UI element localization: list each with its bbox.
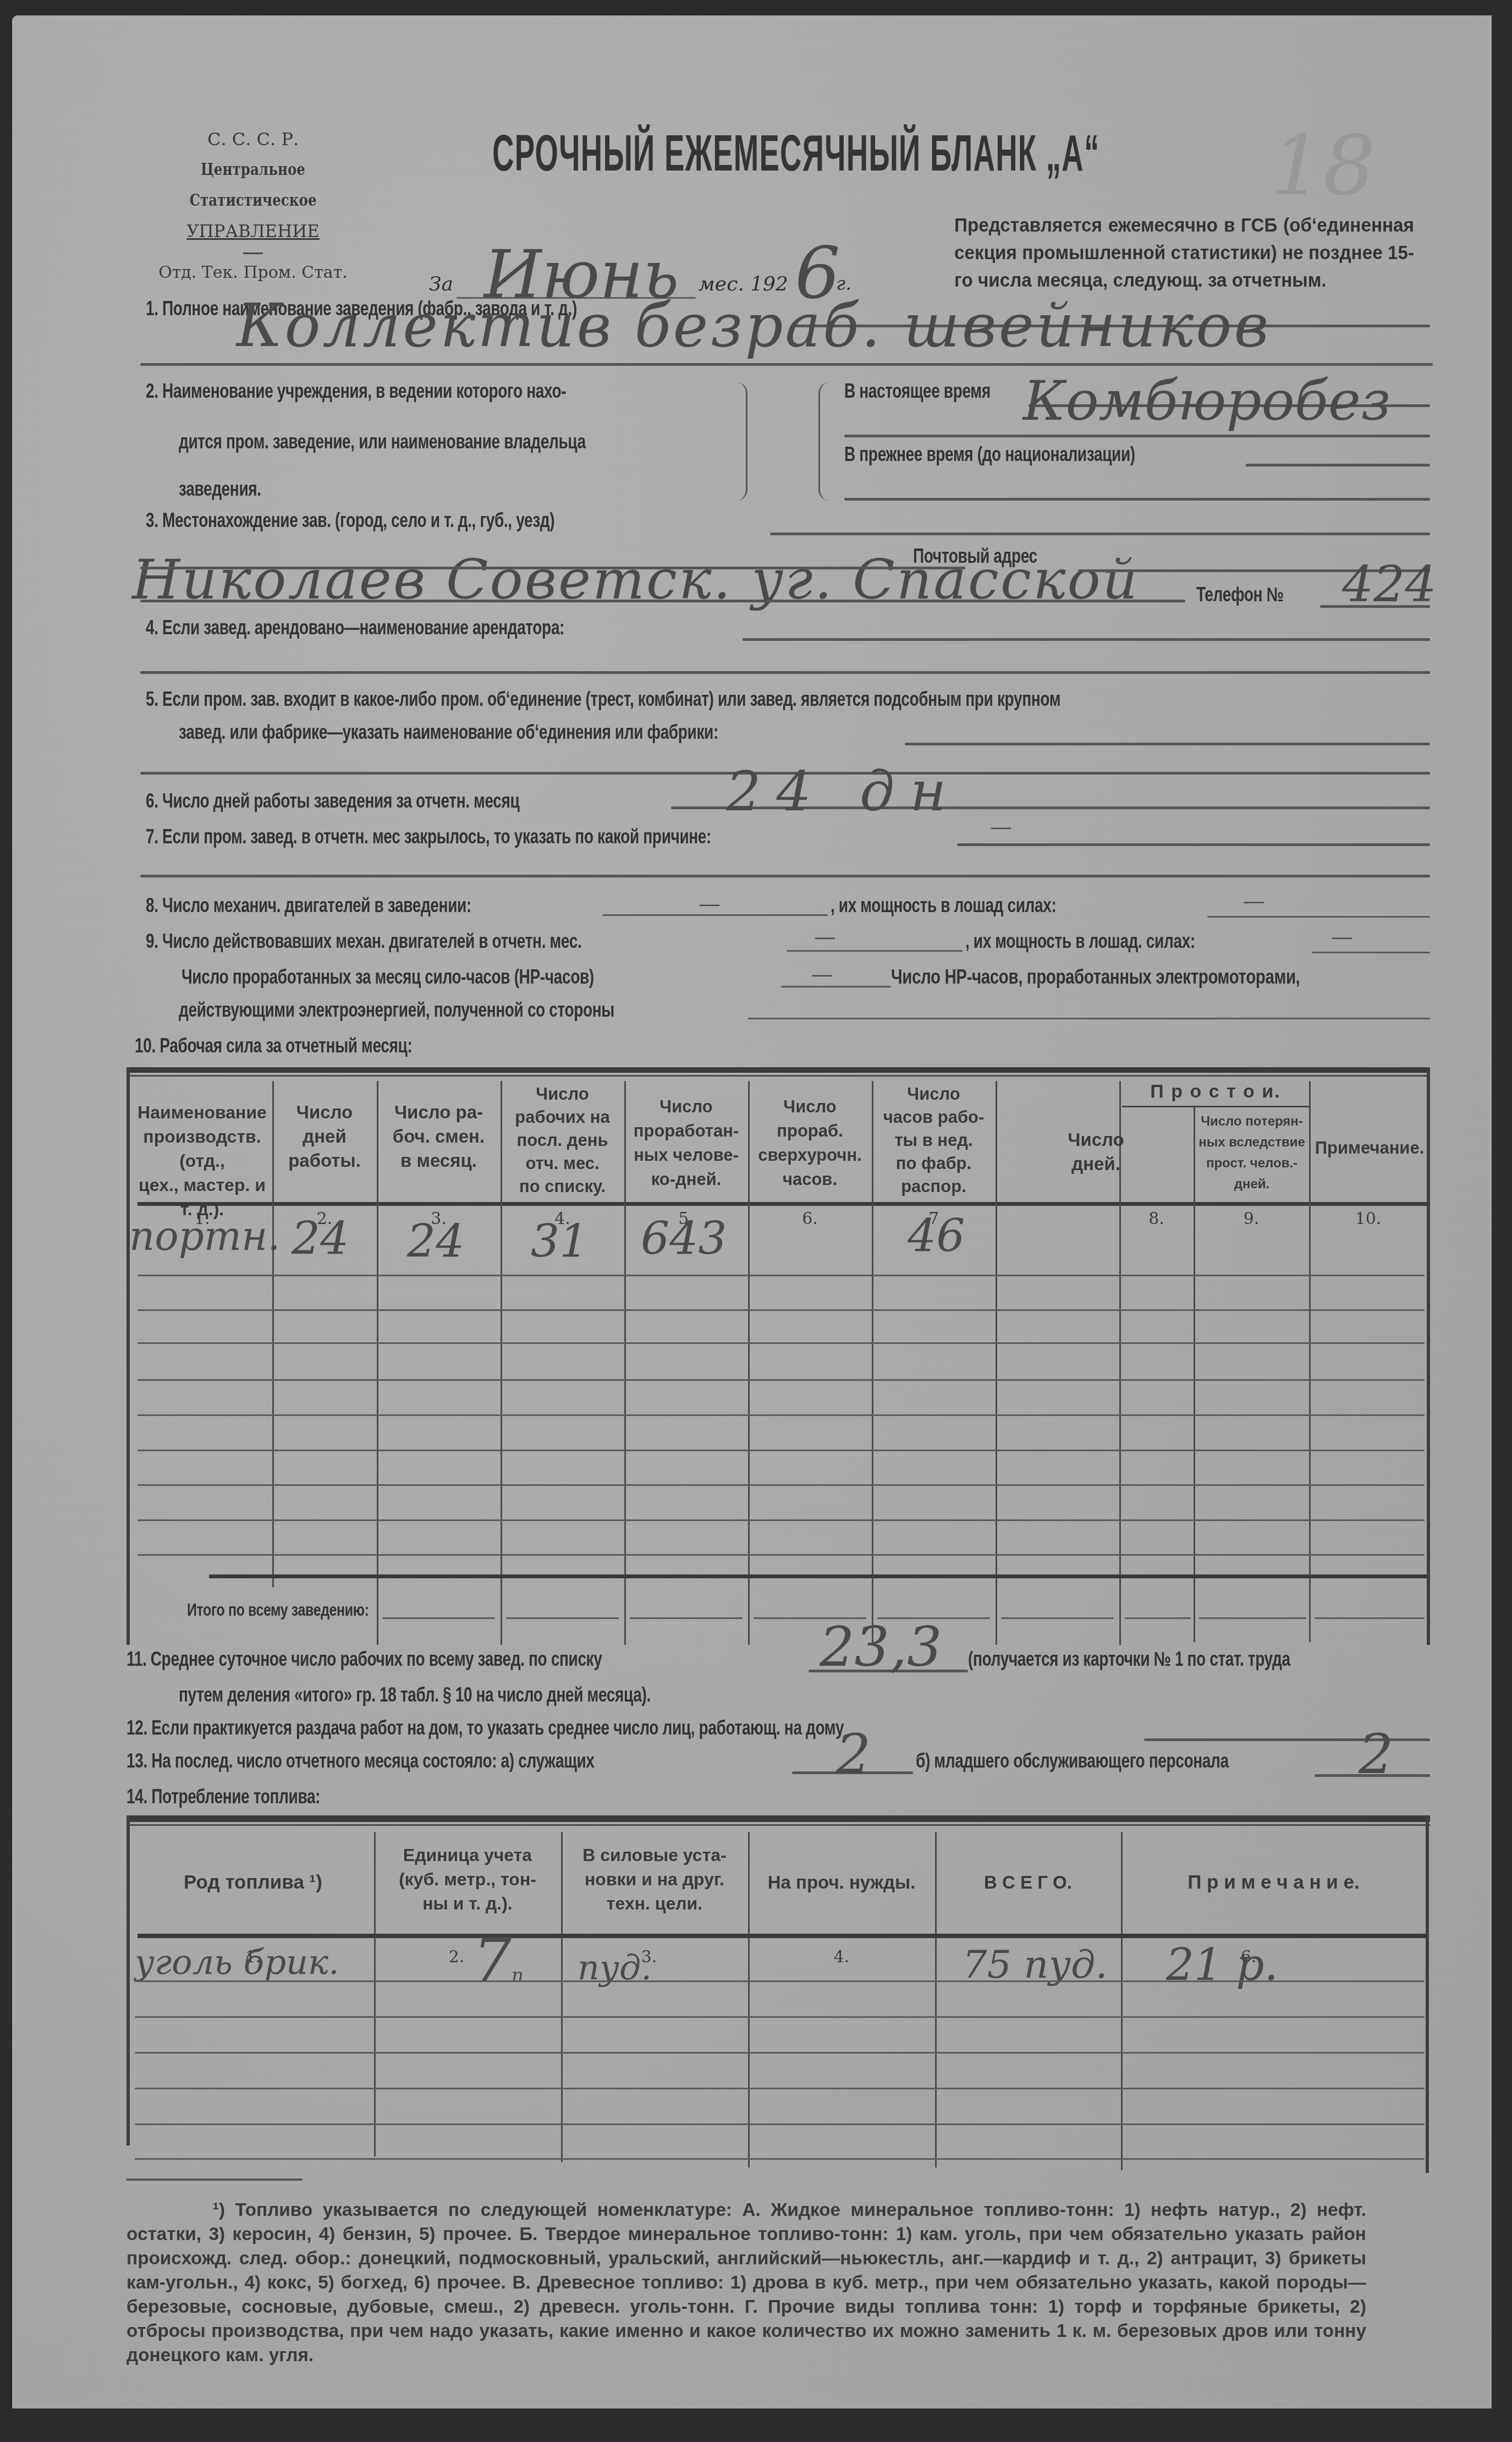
org-administration: УПРАВЛЕНИЕ bbox=[138, 216, 369, 247]
item8-power-label: , их мощность в лошад силах: bbox=[831, 894, 1056, 917]
item8-value: — bbox=[699, 891, 721, 917]
item7-value[interactable]: — bbox=[990, 814, 1012, 839]
wf-col-7-header: Число часов рабо- ты в нед. по фабр. рас… bbox=[872, 1083, 996, 1198]
item2-label-3: заведения. bbox=[179, 478, 261, 501]
org-block: С. С. С. Р. Центральное Статистическое У… bbox=[138, 124, 369, 284]
item3-phone-label: Телефон № bbox=[1196, 583, 1283, 606]
item9-power-label: , их мощность в лошад. силах: bbox=[965, 930, 1195, 953]
fuel-col-6-header: П р и м е ч а н и е. bbox=[1121, 1870, 1426, 1895]
wf-col-4-header: Число рабочих на посл. день отч. мес. по… bbox=[501, 1083, 624, 1198]
org-department: Отд. Тек. Пром. Стат. bbox=[138, 262, 369, 284]
item3-postal-label: Почтовый адрес bbox=[913, 545, 1037, 568]
fuel-row1-unit-mark: 7п bbox=[473, 1925, 524, 1996]
item11-value[interactable]: 23,3 bbox=[820, 1615, 942, 1679]
item13-label: 13. На послед. число отчетного месяца со… bbox=[127, 1749, 595, 1772]
wf-row1-col7[interactable]: 46 bbox=[908, 1210, 965, 1263]
footnote-divider bbox=[127, 2178, 303, 2181]
item5-field[interactable] bbox=[905, 743, 1430, 745]
wf-col-1-header: Наименование производств. (отд., цех., м… bbox=[132, 1100, 272, 1221]
item5-label-2: завед. или фабрике—указать наименование … bbox=[179, 721, 718, 744]
fuel-col-3-header: В силовые уста- новки и на друг. техн. ц… bbox=[561, 1843, 748, 1916]
item9-hp-field[interactable] bbox=[781, 986, 891, 987]
item8-power-field[interactable] bbox=[1207, 916, 1430, 918]
item12-label: 12. Если практикуется раздача работ на д… bbox=[127, 1716, 844, 1739]
item2-current-value[interactable]: Комбюробез bbox=[1023, 369, 1391, 433]
wf-row1-col4[interactable]: 31 bbox=[531, 1216, 588, 1268]
item2-label-2: дится пром. заведение, или наименование … bbox=[179, 430, 586, 453]
item2-brace-right bbox=[736, 382, 747, 501]
wf-total-label: Итого по всему заведению: bbox=[187, 1600, 369, 1620]
item9-electro-label-2: действующими электроэнергией, полученной… bbox=[179, 998, 614, 1022]
item9-hp-value: — bbox=[811, 962, 833, 987]
item6-value[interactable]: 24 дн bbox=[726, 759, 961, 824]
org-central-stat: Центральное Статистическое bbox=[158, 155, 348, 216]
wf-col-6-header: Число прораб. сверхурочн. часов. bbox=[748, 1095, 872, 1192]
fuel-col-1-header: Род топлива ¹) bbox=[132, 1870, 374, 1895]
wf-col-5-header: Число проработан- ных челове- ко-дней. bbox=[624, 1095, 748, 1192]
fuel-row1-type[interactable]: уголь брик. bbox=[135, 1942, 339, 1982]
item2-former-field[interactable] bbox=[1246, 464, 1430, 467]
org-divider bbox=[243, 253, 263, 254]
fuel-col-5-header: В С Е Г О. bbox=[935, 1870, 1121, 1895]
item10-label: 10. Рабочая сила за отчетный месяц: bbox=[135, 1034, 412, 1057]
item2-former-label: В прежнее время (до национализации) bbox=[844, 443, 1135, 466]
item13-value-a[interactable]: 2 bbox=[836, 1722, 871, 1786]
wf-col-2-header: Число дней работы. bbox=[272, 1100, 377, 1173]
wf-col-3-header: Число ра- боч. смен. в месяц. bbox=[377, 1100, 501, 1173]
item9-value: — bbox=[814, 924, 836, 950]
workforce-table: П р о с т о и. Наименование производств.… bbox=[127, 1067, 1436, 1645]
wf-row1-col1[interactable]: портн. bbox=[129, 1213, 280, 1259]
item2-label-1: 2. Наименование учреждения, в ведении ко… bbox=[146, 380, 566, 403]
corner-pencil-mark: 18 bbox=[1271, 118, 1376, 214]
wf-col-10-header: Примечание. bbox=[1312, 1136, 1427, 1160]
item11-note-1: (получается из карточки № 1 по стат. тру… bbox=[968, 1648, 1290, 1671]
wf-row1-col3[interactable]: 24 bbox=[407, 1216, 464, 1268]
fuel-col-2-header: Единица учета (куб. метр., тон- ны и т. … bbox=[374, 1843, 561, 1916]
item7-label: 7. Если пром. завед. в отчетн. мес закры… bbox=[146, 825, 711, 848]
fuel-footnote: ¹) Топливо указывается по следующей номе… bbox=[127, 2198, 1366, 2367]
fuel-table: Род топлива ¹) Единица учета (куб. метр.… bbox=[127, 1815, 1436, 2173]
item5-label-1: 5. Если пром. зав. входит в какое-либо п… bbox=[146, 688, 1060, 711]
item9-power-field[interactable] bbox=[1312, 952, 1430, 953]
item3-label: 3. Местонахождение зав. (город, село и т… bbox=[146, 509, 554, 532]
fuel-col-4-header: На проч. нужды. bbox=[748, 1870, 935, 1895]
wf-col-8-header: Число дней. bbox=[1059, 1128, 1133, 1176]
item13-label-b: б) младшего обслуживающего персонала bbox=[916, 1749, 1229, 1772]
item4-field[interactable] bbox=[743, 638, 1430, 641]
item11-note-2: путем деления «итого» гр. 18 табл. § 10 … bbox=[179, 1683, 651, 1706]
fuel-row1-note[interactable]: 21 р. bbox=[1166, 1939, 1278, 1990]
item8-label: 8. Число механич. двигателей в заведении… bbox=[146, 894, 471, 917]
item2-brace-left bbox=[818, 382, 830, 501]
item13-value-b[interactable]: 2 bbox=[1359, 1722, 1394, 1786]
item9-field[interactable] bbox=[787, 950, 963, 952]
wf-row1-col5[interactable]: 643 bbox=[641, 1213, 727, 1265]
item11-label: 11. Среднее суточное число рабочих по вс… bbox=[127, 1648, 602, 1671]
wf-col-9-header: Число потерян- ных вследствие прост. чел… bbox=[1195, 1111, 1309, 1195]
item3-phone-value[interactable]: 424 bbox=[1342, 556, 1437, 613]
item14-label: 14. Потребление топлива: bbox=[127, 1785, 320, 1808]
item2-current-label: В настоящее время bbox=[844, 380, 991, 403]
item9-label: 9. Число действовавших механ. двигателей… bbox=[146, 930, 581, 953]
item8-power-value: — bbox=[1243, 888, 1265, 914]
downtime-group-header: П р о с т о и. bbox=[1122, 1079, 1309, 1104]
item4-label: 4. Если завед. арендовано—наименование а… bbox=[146, 616, 564, 639]
wf-row1-col2[interactable]: 24 bbox=[292, 1213, 349, 1265]
item9-electro-field[interactable] bbox=[748, 1018, 1430, 1019]
org-ussr: С. С. С. Р. bbox=[138, 124, 369, 155]
item6-label: 6. Число дней работы заведения за отчетн… bbox=[146, 789, 519, 813]
item9-power-value: — bbox=[1331, 924, 1353, 950]
item9-electro-label-1: Число НР-часов, проработанных электромот… bbox=[891, 965, 1300, 989]
submission-note: Представляется ежемесячно в ГСБ (об‘един… bbox=[954, 212, 1414, 294]
item9-hp-label: Число проработанных за месяц сило-часов … bbox=[182, 965, 594, 989]
item1-value[interactable]: Коллектив безраб. швейников bbox=[237, 292, 1271, 360]
